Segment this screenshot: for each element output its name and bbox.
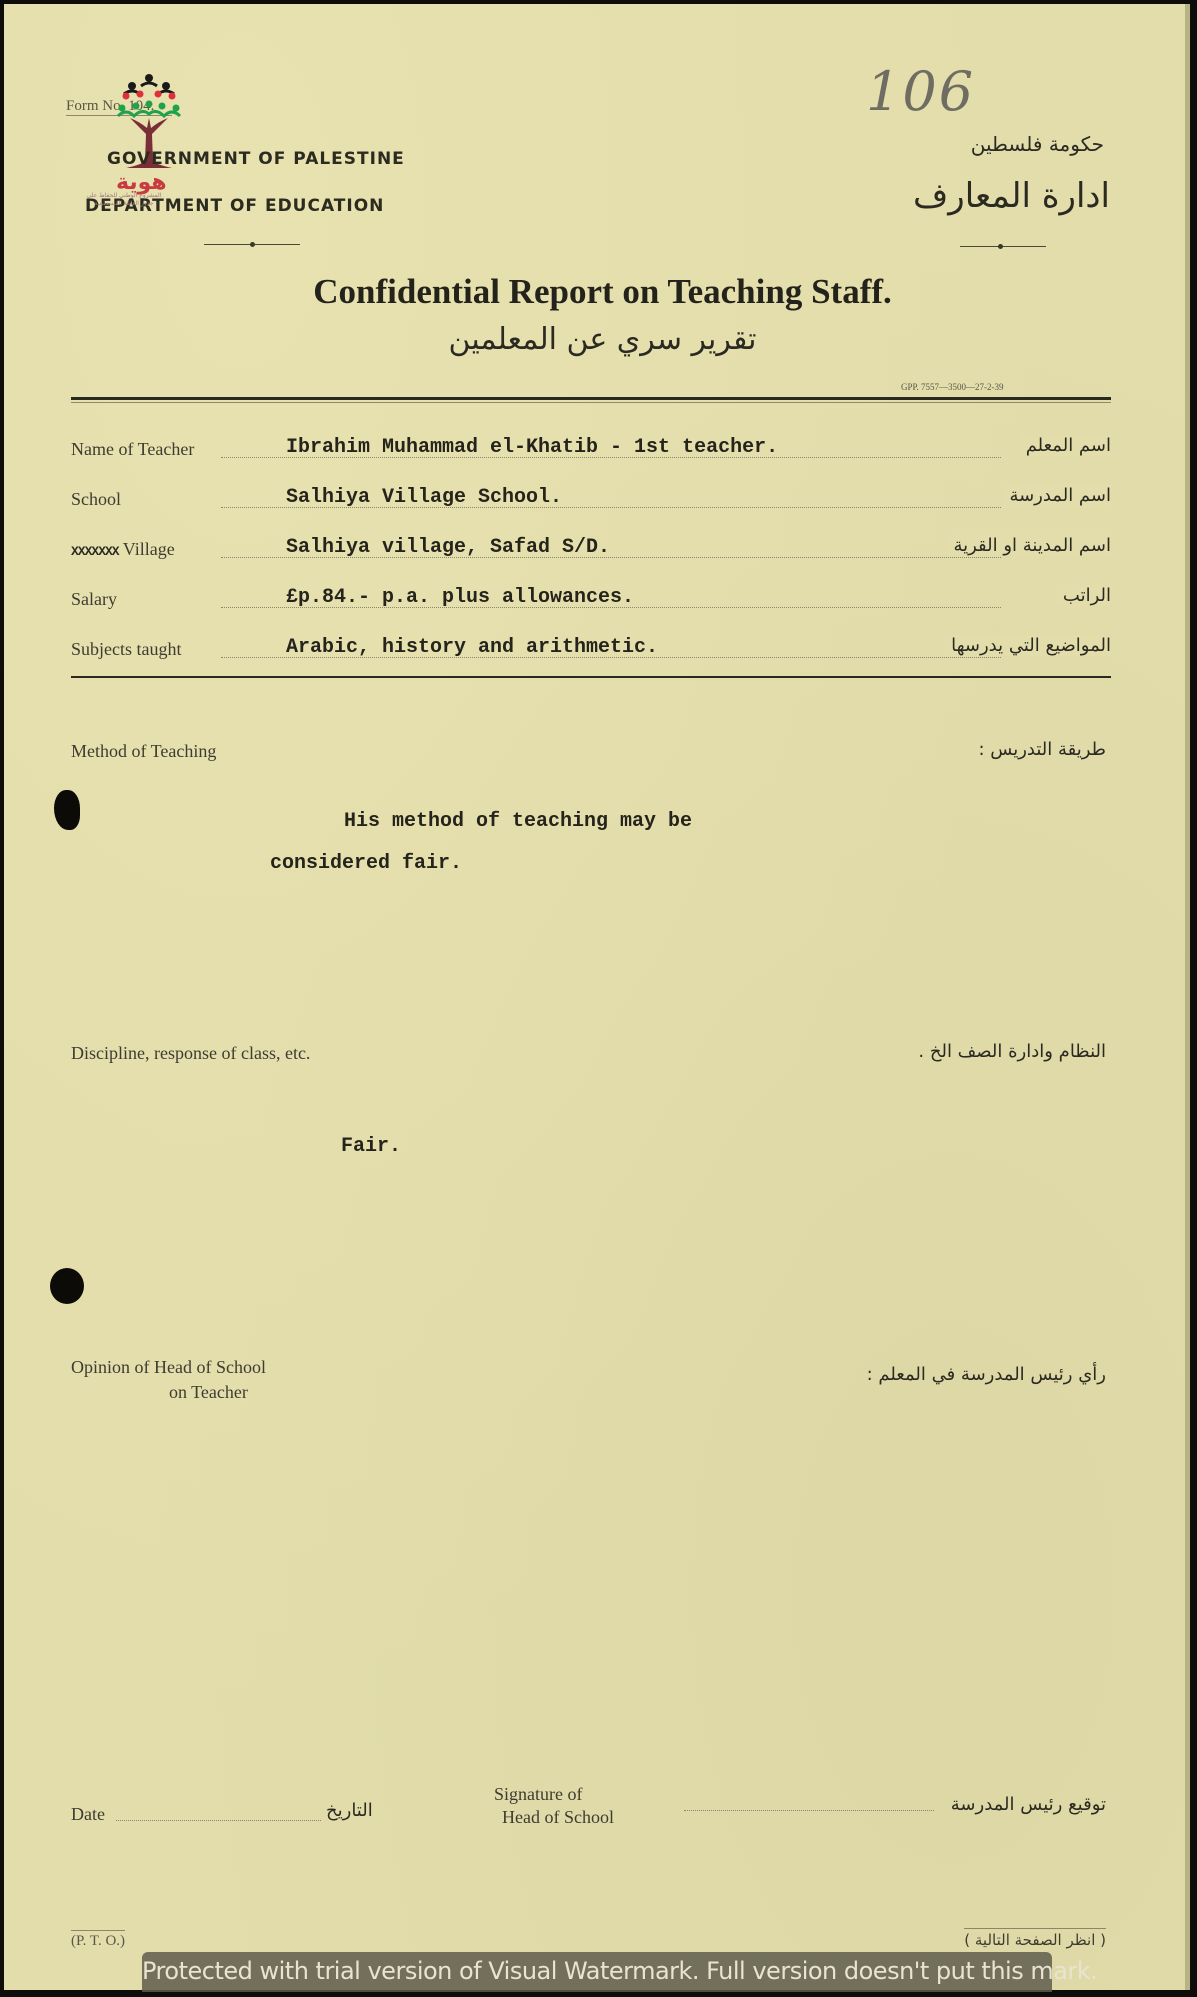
field-label-ar: اسم المعلم [1020,435,1111,456]
ornament-dot-icon [250,242,255,247]
watermark-banner: Protected with trial version of Visual W… [142,1952,1052,1992]
signature-label-ar: توقيع رئيس المدرسة [951,1794,1106,1815]
date-label-ar: التاريخ [326,1800,373,1821]
punch-hole [54,790,80,830]
field-label-ar: اسم المدرسة [1003,485,1111,506]
field-label: School [71,489,121,510]
subjects-value: Arabic, history and arithmetic. [286,636,658,659]
title-rule [71,397,1111,400]
method-text-line2: considered fair. [270,852,462,875]
village-value: Salhiya village, Safad S/D. [286,536,610,559]
discipline-value: Fair. [341,1135,401,1158]
title-rule-thin [71,402,1111,403]
punch-hole [50,1268,84,1304]
opinion-label-line1: Opinion of Head of School [71,1357,266,1378]
logo-caption: المشروع الوطني للحفاظ على جذور العائلة ا… [84,192,164,208]
discipline-label-ar: النظام وادارة الصف الخ . [918,1041,1106,1062]
field-label-ar: اسم المدينة او القرية [947,535,1111,556]
ornament-dot-icon [998,244,1003,249]
print-code: GPP. 7557—3500—27-2-39 [901,382,1004,392]
method-label: Method of Teaching [71,741,216,762]
signature-fill-line [684,1810,934,1811]
opinion-label-line2: on Teacher [169,1382,248,1403]
opinion-label-ar: رأي رئيس المدرسة في المعلم : [867,1364,1106,1385]
ornament-divider-right [960,246,1046,247]
salary-value: £p.84.- p.a. plus allowances. [286,586,634,609]
report-title: Confidential Report on Teaching Staff. [4,272,1197,312]
handwritten-page-number: 106 [866,60,975,123]
discipline-label: Discipline, response of class, etc. [71,1043,310,1064]
government-heading: GOVERNMENT OF PALESTINE [107,149,405,169]
school-value: Salhiya Village School. [286,486,562,509]
date-fill-line [116,1820,321,1821]
government-heading-ar: حكومة فلسطين [971,132,1104,156]
method-text-line1: His method of teaching may be [344,810,692,833]
field-row-village: XXXXXXX Village Salhiya village, Safad S… [71,531,1111,573]
document-page: Form No. 104. GOVERNMENT OF PALESTINE هو… [4,4,1190,1990]
field-label: Subjects taught [71,639,182,660]
field-label: Name of Teacher [71,439,194,460]
field-row-name: Name of Teacher Ibrahim Muhammad el-Khat… [71,431,1111,473]
signature-label-line1: Signature of [494,1784,582,1805]
field-row-salary: Salary £p.84.- p.a. plus allowances. الر… [71,581,1111,623]
teacher-name-value: Ibrahim Muhammad el-Khatib - 1st teacher… [286,436,778,459]
pto-note: (P. T. O.) [71,1930,125,1950]
field-label-ar: المواضيع التي يدرسها [945,635,1111,656]
field-row-school: School Salhiya Village School. اسم المدر… [71,481,1111,523]
pto-note-ar: ( انظر الصفحة التالية ) [964,1928,1106,1949]
date-label: Date [71,1804,105,1825]
field-row-subjects: Subjects taught Arabic, history and arit… [71,631,1111,673]
fields-rule [71,676,1111,678]
signature-label-line2: Head of School [502,1807,614,1828]
field-label: XXXXXXX Village [71,539,175,560]
department-heading-ar: ادارة المعارف [913,176,1110,216]
field-label: Salary [71,589,117,610]
field-label-ar: الراتب [1057,585,1111,606]
struck-out-text: XXXXXXX [71,544,119,559]
method-label-ar: طريقة التدريس : [978,739,1106,760]
report-title-ar: تقرير سري عن المعلمين [4,322,1197,357]
